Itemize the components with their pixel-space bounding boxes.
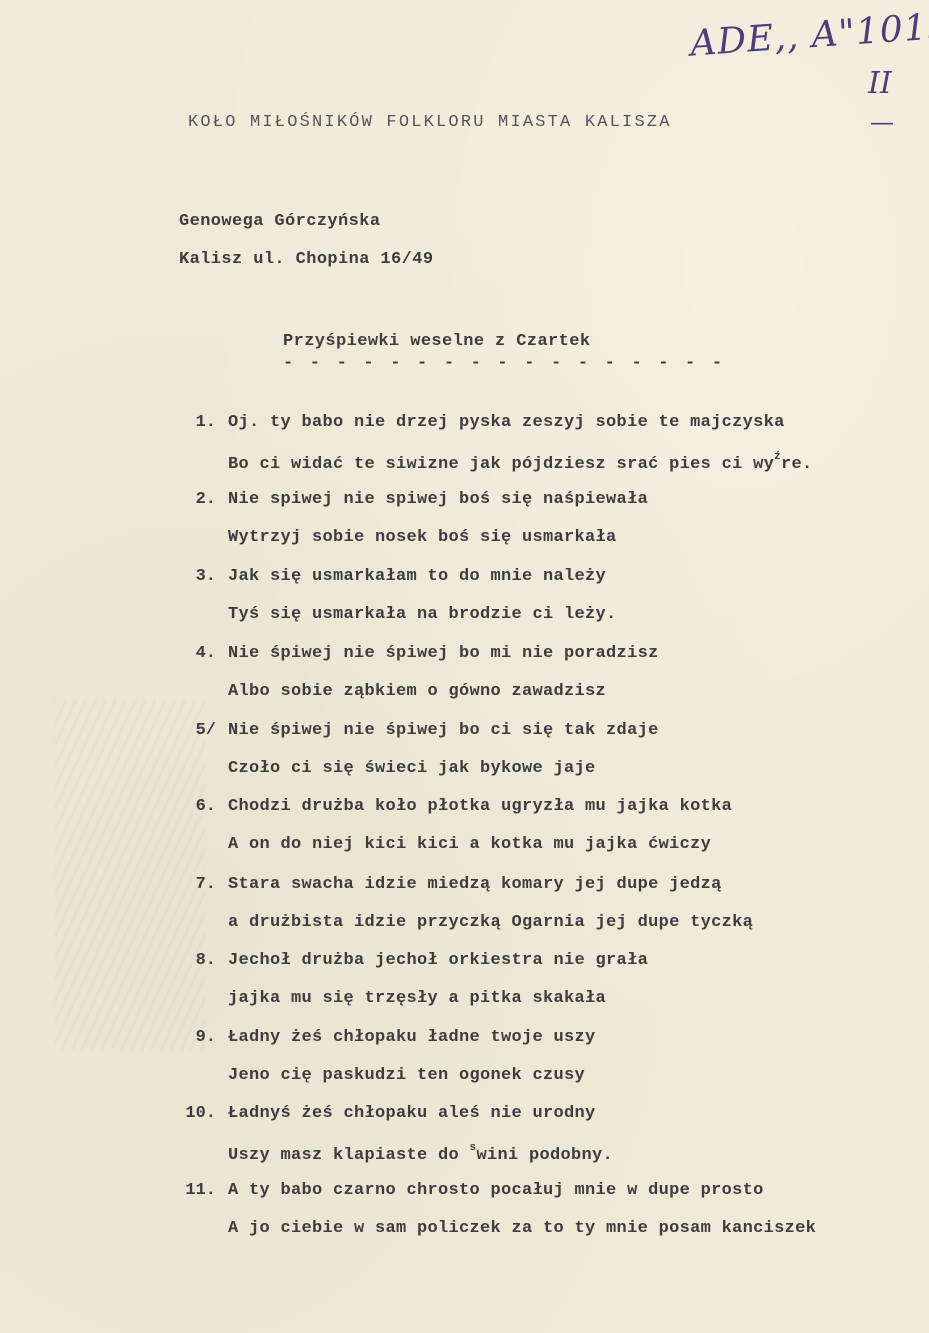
verse-line: Jeno cię paskudzi ten ogonek czusy: [228, 1066, 585, 1085]
verse-text: wini podobny.: [476, 1146, 613, 1165]
verse-line: A on do niej kici kici a kotka mu jajka …: [228, 835, 711, 854]
handwritten-archive-reference: ADE,, A"1013): [689, 4, 929, 64]
verse-line: a drużbista idzie przyczką Ogarnia jej d…: [228, 913, 753, 932]
verse-number: 4.: [172, 644, 216, 663]
verse-number: 1.: [172, 413, 216, 432]
verse-line: Nie spiwej nie spiwej boś się naśpiewała: [228, 490, 648, 509]
document-title: Przyśpiewki weselne z Czartek: [283, 332, 590, 351]
verse-number: 6.: [172, 797, 216, 816]
verse-text: Bo ci widać te siwizne jak pójdziesz sra…: [228, 455, 774, 474]
verse-text: re.: [781, 455, 813, 474]
verse-number: 8.: [172, 951, 216, 970]
verse-text: Uszy masz klapiaste do: [228, 1146, 470, 1165]
document-page: ADE,, A"1013) II — KOŁO MIŁOŚNIKÓW FOLKL…: [0, 0, 929, 1333]
verse-line: A jo ciebie w sam policzek za to ty mnie…: [228, 1219, 816, 1238]
verse-line: Czoło ci się świeci jak bykowe jaje: [228, 759, 596, 778]
contributor-name: Genowega Górczyńska: [179, 212, 380, 231]
verse-line: Bo ci widać te siwizne jak pójdziesz sra…: [228, 451, 813, 474]
verse-line: Wytrzyj sobie nosek boś się usmarkała: [228, 528, 617, 547]
handwritten-sheet-mark: II: [868, 66, 892, 101]
verse-number: 2.: [172, 490, 216, 509]
verse-number: 7.: [172, 875, 216, 894]
verse-line: jajka mu się trzęsły a pitka skakała: [228, 989, 606, 1008]
verse-line: Jechoł drużba jechoł orkiestra nie grała: [228, 951, 648, 970]
verse-number: 3.: [172, 567, 216, 586]
verse-line: Oj. ty babo nie drzej pyska zeszyj sobie…: [228, 413, 785, 432]
verse-line: Jak się usmarkałam to do mnie należy: [228, 567, 606, 586]
handwritten-dash-mark: —: [870, 108, 894, 136]
organization-header: KOŁO MIŁOŚNIKÓW FOLKLORU MIASTA KALISZA: [188, 113, 672, 132]
verse-line: Uszy masz klapiaste do swini podobny.: [228, 1142, 613, 1165]
verse-number: 9.: [172, 1028, 216, 1047]
verse-line: Ładny żeś chłopaku ładne twoje uszy: [228, 1028, 596, 1047]
verse-number: 10.: [172, 1104, 216, 1123]
typed-correction: ź: [774, 451, 781, 463]
verse-line: Nie śpiwej nie śpiwej bo ci się tak zdaj…: [228, 721, 659, 740]
verse-line: Stara swacha idzie miedzą komary jej dup…: [228, 875, 722, 894]
contributor-address: Kalisz ul. Chopina 16/49: [179, 250, 433, 269]
verse-line: Tyś się usmarkała na brodzie ci leży.: [228, 605, 617, 624]
verse-line: Nie śpiwej nie śpiwej bo mi nie poradzis…: [228, 644, 659, 663]
verse-line: Albo sobie ząbkiem o gówno zawadzisz: [228, 682, 606, 701]
verse-line: A ty babo czarno chrosto pocałuj mnie w …: [228, 1181, 764, 1200]
title-underline: - - - - - - - - - - - - - - - - -: [283, 354, 725, 373]
verse-number: 5/: [172, 721, 216, 740]
verse-line: Ładnyś żeś chłopaku aleś nie urodny: [228, 1104, 596, 1123]
verse-number: 11.: [172, 1181, 216, 1200]
verse-line: Chodzi drużba koło płotka ugryzła mu jaj…: [228, 797, 732, 816]
